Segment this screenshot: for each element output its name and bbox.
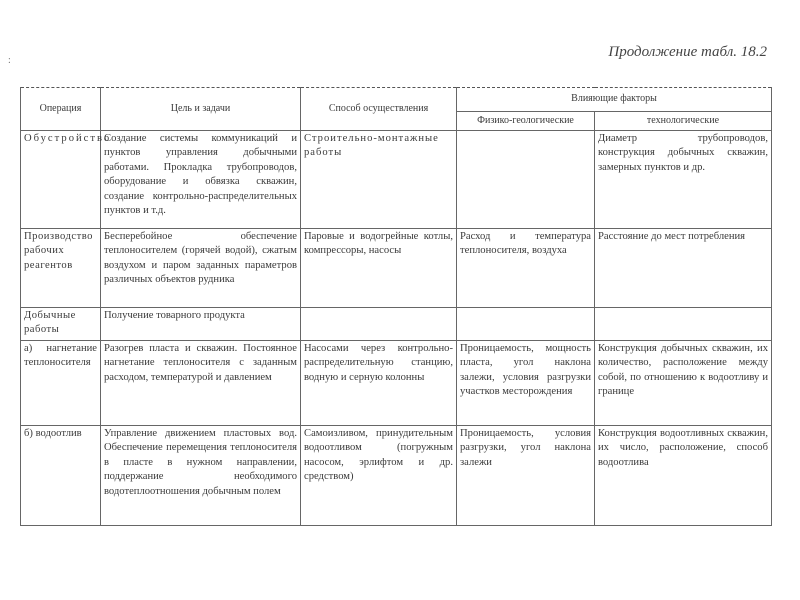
header-operation: Операция bbox=[21, 88, 101, 131]
table-row: б) водоотлив Управление движением пласто… bbox=[21, 426, 772, 526]
cell-tech bbox=[595, 308, 772, 341]
cell-operation: б) водоотлив bbox=[21, 426, 101, 526]
cell-goal: Разогрев пласта и скважин. Постоянное на… bbox=[101, 341, 301, 426]
cell-method: Самоизливом, принудительным водоотливом … bbox=[301, 426, 457, 526]
cell-goal: Управление движением пластовых вод. Обес… bbox=[101, 426, 301, 526]
cell-physgeo: Расход и температура теплоносителя, возд… bbox=[457, 229, 595, 308]
cell-physgeo bbox=[457, 308, 595, 341]
table-row: Производство рабочих реагентов Бесперебо… bbox=[21, 229, 772, 308]
cell-physgeo: Проницаемость, мощность пласта, угол нак… bbox=[457, 341, 595, 426]
table-row: а) нагнетание теплоносителя Разогрев пла… bbox=[21, 341, 772, 426]
cell-method: Насосами через контрольно-распределитель… bbox=[301, 341, 457, 426]
cell-method: Строительно-монтажные работы bbox=[301, 131, 457, 229]
header-tech: технологические bbox=[595, 112, 772, 131]
header-factors: Влияющие факторы bbox=[457, 88, 772, 112]
cell-physgeo: Проницаемость, условия разгрузки, угол н… bbox=[457, 426, 595, 526]
cell-tech: Конструкция добычных скважин, их количес… bbox=[595, 341, 772, 426]
cell-tech: Расстояние до мест потребления bbox=[595, 229, 772, 308]
cell-goal: Создание системы коммуникаций и пунктов … bbox=[101, 131, 301, 229]
cell-tech: Конструкция водоотливных скважин, их чис… bbox=[595, 426, 772, 526]
header-goal: Цель и задачи bbox=[101, 88, 301, 131]
cell-method: Паровые и водогрейные котлы, компрессоры… bbox=[301, 229, 457, 308]
header-method: Способ осуществления bbox=[301, 88, 457, 131]
header-physgeo: Физико-геологические bbox=[457, 112, 595, 131]
page-marker: : bbox=[8, 55, 11, 66]
cell-operation: Добычные работы bbox=[21, 308, 101, 341]
table-row: Добычные работы Получение товарного прод… bbox=[21, 308, 772, 341]
cell-operation: Производство рабочих реагентов bbox=[21, 229, 101, 308]
table-caption: Продолжение табл. 18.2 bbox=[608, 44, 767, 61]
cell-operation: Обустройство bbox=[21, 131, 101, 229]
cell-method bbox=[301, 308, 457, 341]
cell-tech: Диаметр трубопроводов, конструкция добыч… bbox=[595, 131, 772, 229]
operations-table: Операция Цель и задачи Способ осуществле… bbox=[20, 87, 772, 526]
cell-goal: Получение товарного продукта bbox=[101, 308, 301, 341]
cell-goal: Бесперебойное обеспечение теплоносителем… bbox=[101, 229, 301, 308]
cell-operation: а) нагнетание теплоносителя bbox=[21, 341, 101, 426]
cell-physgeo bbox=[457, 131, 595, 229]
table-row: Обустройство Создание системы коммуникац… bbox=[21, 131, 772, 229]
